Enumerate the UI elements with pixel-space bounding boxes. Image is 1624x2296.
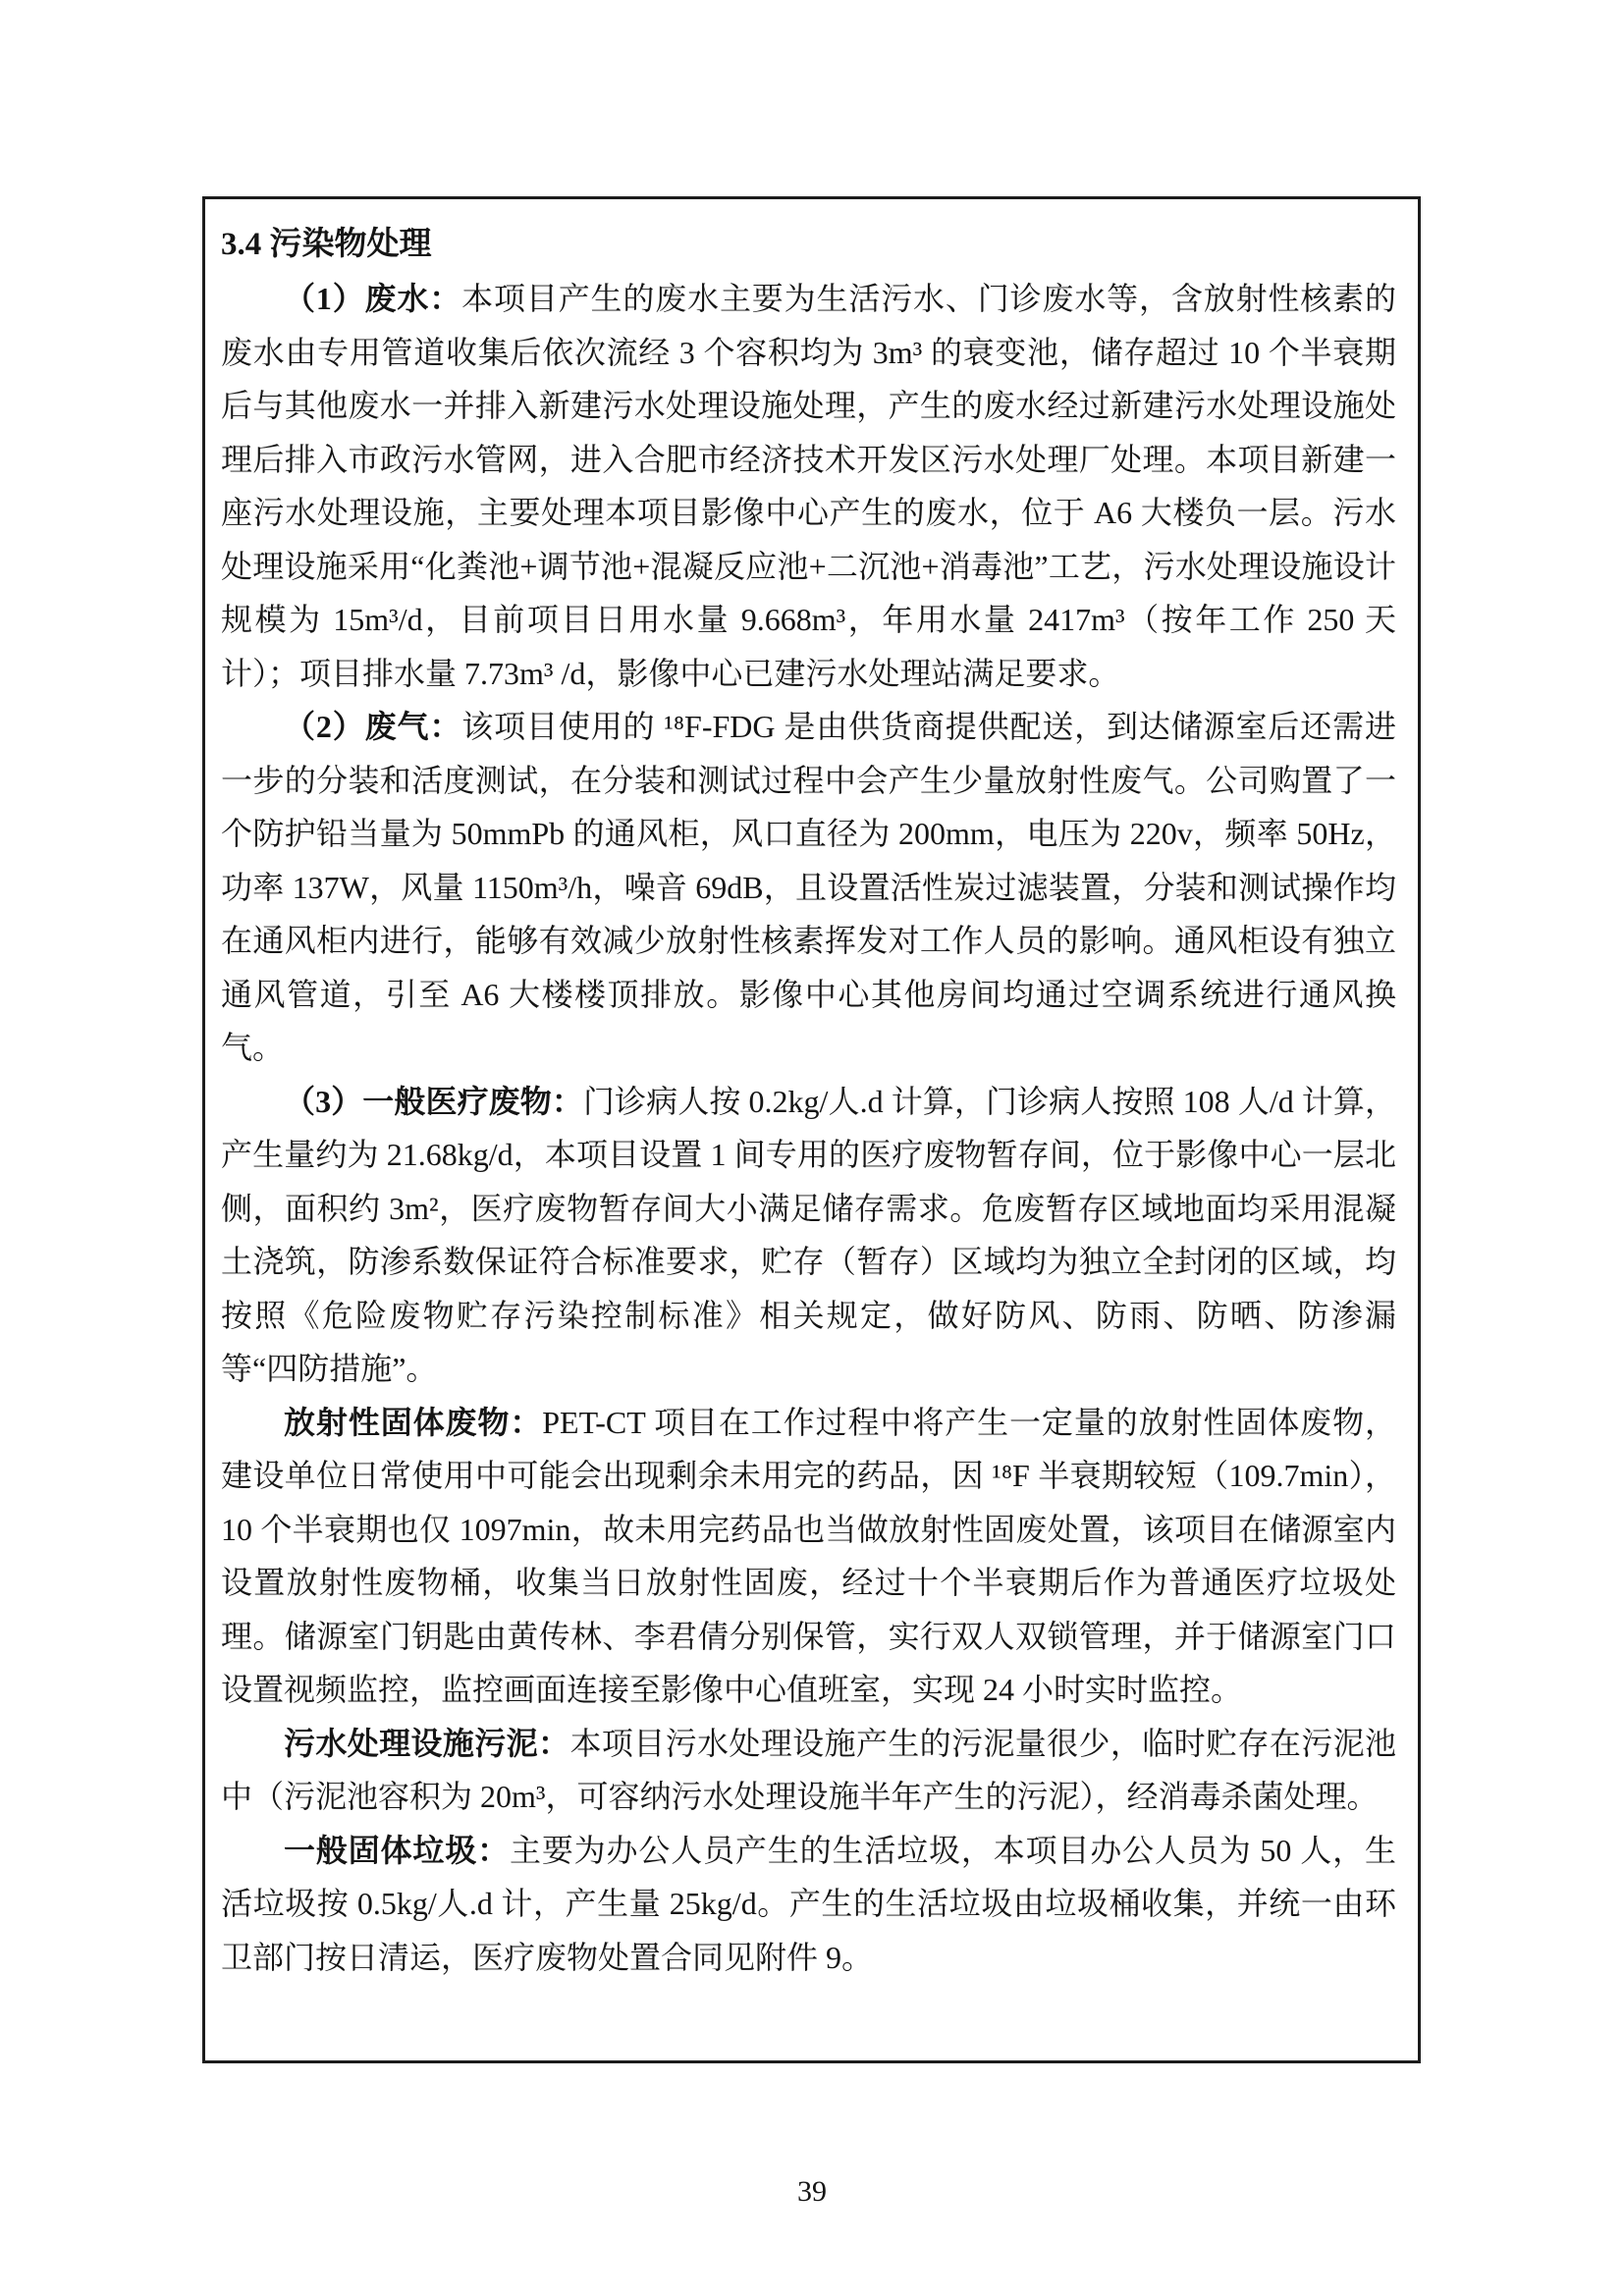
paragraph-text: PET-CT 项目在工作过程中将产生一定量的放射性固体废物，建设单位日常使用中可… (221, 1405, 1396, 1708)
content-border-cell: 3.4 污染物处理 （1）废水：本项目产生的废水主要为生活污水、门诊废水等，含放… (202, 196, 1421, 2063)
section-heading: 3.4 污染物处理 (221, 217, 1396, 272)
paragraph-wastewater: （1）废水：本项目产生的废水主要为生活污水、门诊废水等，含放射性核素的废水由专用… (221, 272, 1396, 700)
paragraph-lead: 放射性固体废物： (284, 1405, 542, 1440)
paragraph-general-solid-waste: 一般固体垃圾：主要为办公人员产生的生活垃圾，本项目办公人员为 50 人，生活垃圾… (221, 1824, 1396, 1985)
paragraph-lead: （2）废气： (284, 709, 461, 744)
paragraph-lead: 一般固体垃圾： (284, 1833, 510, 1868)
paragraph-sewage-sludge: 污水处理设施污泥：本项目污水处理设施产生的污泥量很少，临时贮存在污泥池中（污泥池… (221, 1717, 1396, 1824)
paragraph-text: 门诊病人按 0.2kg/人.d 计算，门诊病人按照 108 人/d 计算，产生量… (221, 1084, 1396, 1387)
document-page: 3.4 污染物处理 （1）废水：本项目产生的废水主要为生活污水、门诊废水等，含放… (0, 0, 1624, 2296)
paragraph-text: 本项目产生的废水主要为生活污水、门诊废水等，含放射性核素的废水由专用管道收集后依… (221, 281, 1396, 691)
paragraph-waste-gas: （2）废气：该项目使用的 ¹⁸F-FDG 是由供货商提供配送，到达储源室后还需进… (221, 700, 1396, 1075)
page-number: 39 (0, 2175, 1624, 2209)
paragraph-text: 该项目使用的 ¹⁸F-FDG 是由供货商提供配送，到达储源室后还需进一步的分装和… (221, 709, 1396, 1065)
paragraph-lead: （1）废水： (284, 281, 461, 316)
paragraph-general-medical-waste: （3）一般医疗废物：门诊病人按 0.2kg/人.d 计算，门诊病人按照 108 … (221, 1075, 1396, 1396)
paragraph-lead: 污水处理设施污泥： (284, 1726, 569, 1761)
paragraph-radioactive-solid-waste: 放射性固体废物：PET-CT 项目在工作过程中将产生一定量的放射性固体废物，建设… (221, 1396, 1396, 1717)
paragraph-lead: （3）一般医疗废物： (284, 1084, 583, 1119)
